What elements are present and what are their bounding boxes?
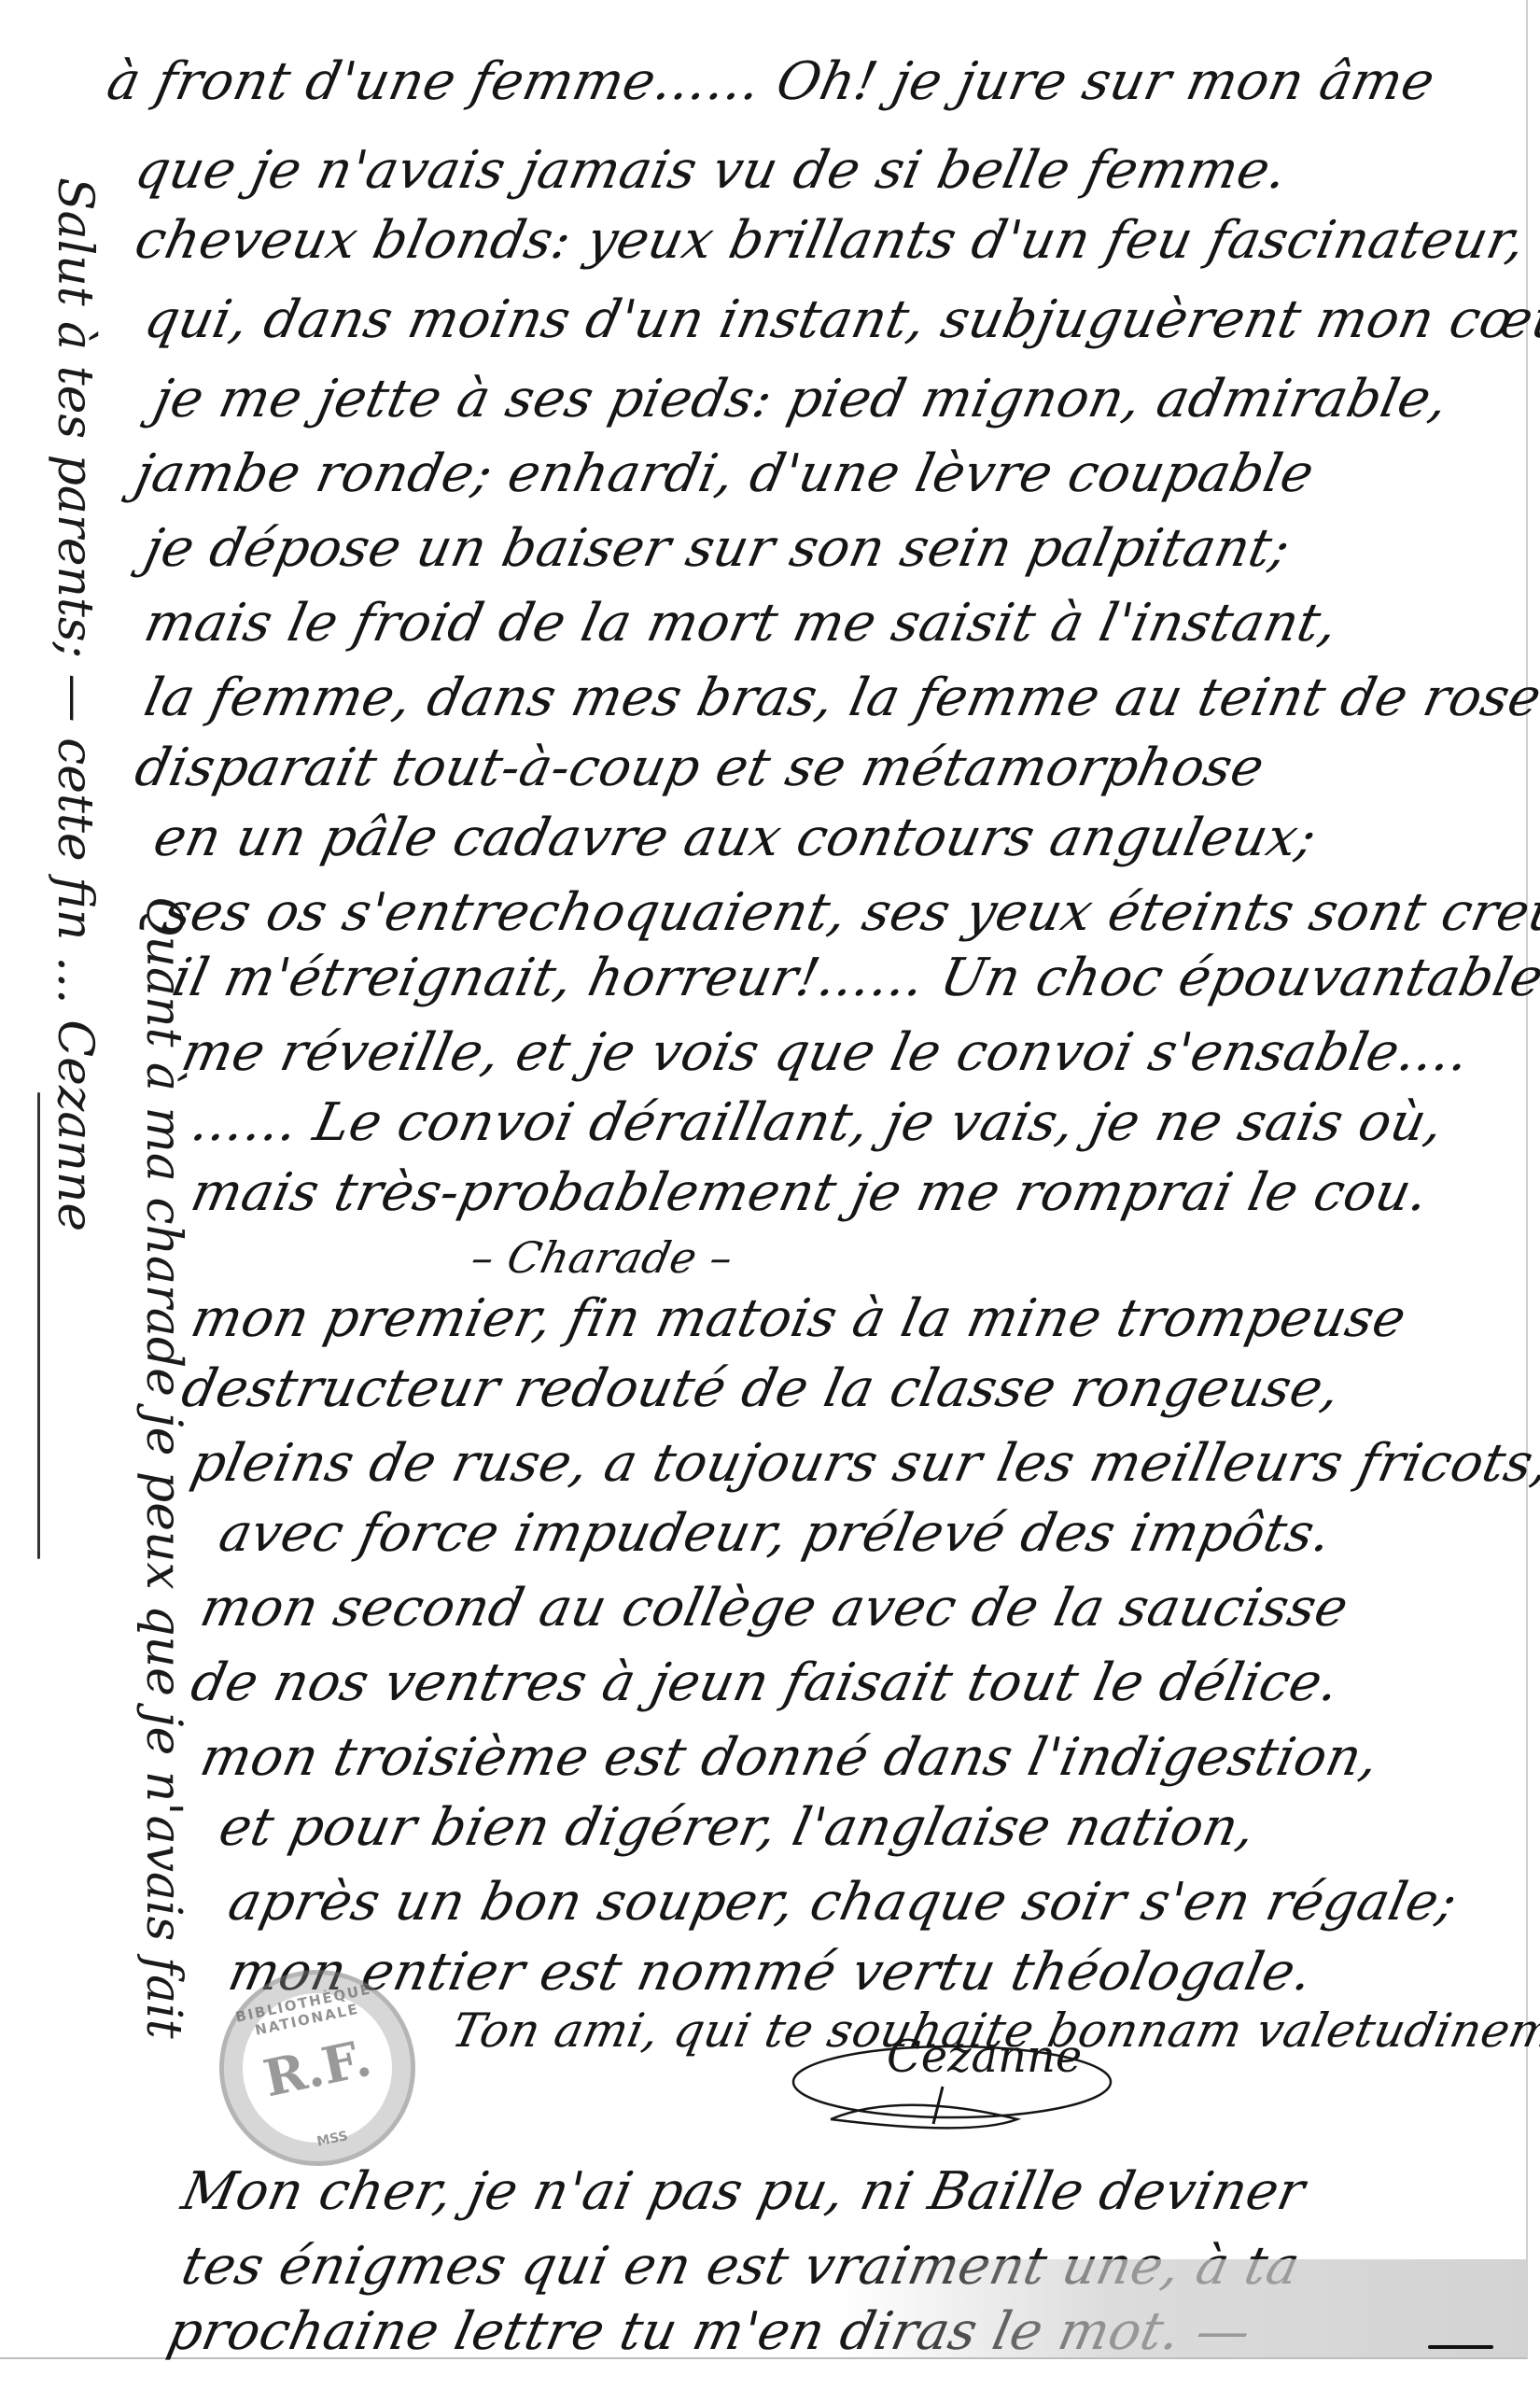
paper-shadow	[840, 2259, 1526, 2357]
charade-line: mon troisième est donné dans l'indigesti…	[196, 1732, 1383, 1784]
margin-rule	[37, 1092, 40, 1559]
letter-line: qui, dans moins d'un instant, subjuguère…	[140, 294, 1540, 346]
manuscript-page: à front d'une femme…… Oh! je jure sur mo…	[0, 0, 1528, 2359]
letter-line: jambe ronde; enhardi, d'une lèvre coupab…	[131, 448, 1319, 500]
letter-line: mais très-probablement je me romprai le …	[187, 1167, 1433, 1219]
stamp-bottom-text: MSS	[240, 2113, 426, 2166]
charade-line: de nos ventres à jeun faisait tout le dé…	[187, 1657, 1344, 1709]
signature-name: Cezanne	[887, 2031, 1082, 2083]
charade-line: mon second au collège avec de la sauciss…	[196, 1582, 1352, 1635]
letter-line: me réveille, et je vois que le convoi s'…	[177, 1027, 1474, 1079]
charade-line: et pour bien digérer, l'anglaise nation,	[215, 1802, 1260, 1854]
charade-line: mon premier, fin matois à la mine trompe…	[187, 1293, 1410, 1345]
charade-line: après un bon souper, chaque soir s'en ré…	[224, 1877, 1462, 1929]
letter-line: je me jette à ses pieds: pied mignon, ad…	[149, 373, 1452, 426]
margin-note-inner: Quant à ma charade je peux que je n'avai…	[135, 896, 191, 2039]
postscript-line: Mon cher, je n'ai pas pu, ni Baille devi…	[177, 2166, 1309, 2218]
letter-line: il m'étreignait, horreur!…… Un choc épou…	[168, 952, 1540, 1005]
letter-line: ses os s'entrechoquaient, ses yeux étein…	[159, 887, 1540, 939]
charade-line: pleins de ruse, a toujours sur les meill…	[187, 1438, 1540, 1490]
letter-line: …… Le convoi déraillant, je vais, je ne …	[187, 1097, 1449, 1149]
letter-line: mais le froid de la mort me saisit à l'i…	[140, 597, 1342, 650]
charade-line: avec force impudeur, prélevé des impôts.	[215, 1508, 1336, 1560]
letter-line: je dépose un baiser sur son sein palpita…	[140, 523, 1295, 575]
margin-note-outer: Salut à tes parents; — cette fin … Cezan…	[47, 177, 103, 1231]
stamp-center-text: R.F.	[259, 2028, 376, 2109]
letter-line: cheveux blonds: yeux brillants d'un feu …	[131, 215, 1530, 267]
letter-line: disparait tout-à-coup et se métamorphose	[131, 742, 1268, 794]
charade-line: destructeur redouté de la classe rongeus…	[177, 1363, 1345, 1415]
letter-line: en un pâle cadavre aux contours anguleux…	[149, 812, 1321, 865]
signature: Cezanne	[775, 2031, 1129, 2124]
letter-line: que je n'avais jamais vu de si belle fem…	[131, 145, 1292, 197]
charade-heading: – Charade –	[467, 1232, 738, 1283]
letter-line: à front d'une femme…… Oh! je jure sur mo…	[103, 56, 1439, 108]
closing-dash	[1428, 2345, 1493, 2349]
letter-line: la femme, dans mes bras, la femme au tei…	[140, 672, 1540, 724]
